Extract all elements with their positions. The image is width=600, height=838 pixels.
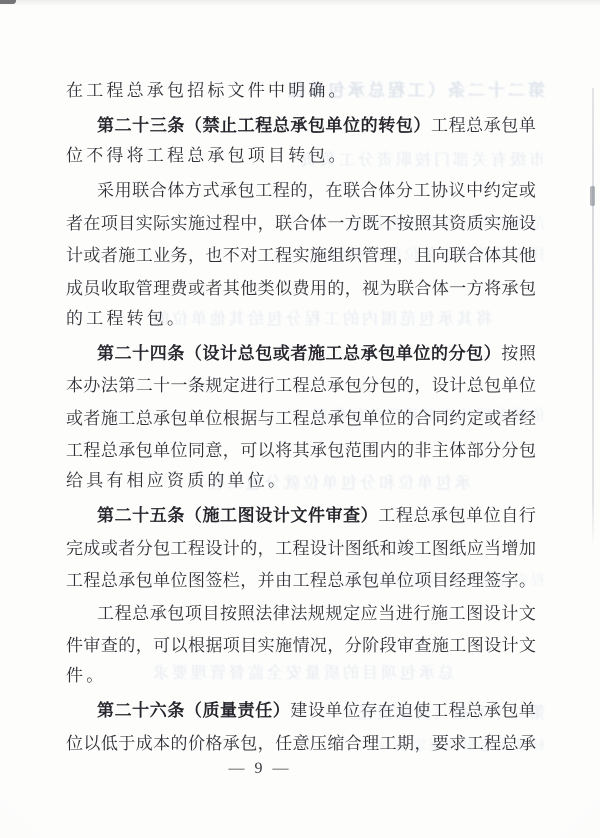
scan-artifact-corner-mark: [0, 0, 16, 4]
text-line: 件。: [66, 660, 536, 693]
text-line: 成员收取管理费或者其他类似费用的，视为联合体一方将承包: [66, 270, 536, 303]
body-text: 在工程总承包招标文件中明确。: [66, 81, 349, 100]
text-line: 位不得将工程总承包项目转包。: [66, 140, 536, 173]
body-text: 件。: [66, 666, 106, 685]
text-line: 工程总承包项目按照法律法规规定应当进行施工图设计文: [66, 595, 536, 628]
text-line: 给具有相应资质的单位。: [66, 465, 536, 498]
text-line: 第二十六条（质量责任）建设单位存在迫使工程总承包单: [66, 693, 536, 726]
text-line: 采用联合体方式承包工程的，在联合体分工协议中约定或: [66, 173, 536, 206]
page-number: — 9 —: [180, 760, 340, 778]
text-line: 位以低于成本的价格承包，任意压缩合理工期，要求工程总承: [66, 725, 536, 758]
body-text: 位不得将工程总承包项目转包。: [66, 146, 349, 165]
scan-artifact-top-shade: [0, 0, 600, 6]
text-line: 第二十四条（设计总包或者施工总承包单位的分包）按照: [66, 335, 536, 368]
text-line: 第二十五条（施工图设计文件审查）工程总承包单位自行: [66, 498, 536, 531]
scan-artifact-edge-nub: [590, 186, 595, 206]
text-line: 在工程总承包招标文件中明确。: [66, 75, 536, 108]
text-line: 工程总承包单位同意，可以将其承包范围内的非主体部分分包: [66, 433, 536, 466]
text-line: 的工程转包。: [66, 303, 536, 336]
text-line: 件审查的，可以根据项目实施情况，分阶段审查施工图设计文: [66, 628, 536, 661]
text-line: 第二十三条（禁止工程总承包单位的转包）工程总承包单: [66, 108, 536, 141]
text-line: 计或者施工业务，也不对工程实施组织管理，且向联合体其他: [66, 238, 536, 271]
text-line: 者在项目实际实施过程中，联合体一方既不按照其资质实施设: [66, 205, 536, 238]
document-page: 第二十二条（工程总承包单位市级有关部门按职责分工负责范围内的工程总承包活动择工程…: [0, 0, 600, 838]
text-line: 工程总承包单位图签栏，并由工程总承包单位项目经理签字。: [66, 563, 536, 596]
scan-artifact-edge-line: [592, 88, 594, 548]
text-line: 本办法第二十一条规定进行工程总承包分包的，设计总包单位: [66, 368, 536, 401]
text-line: 完成或者分包工程设计的，工程设计图纸和竣工图纸应当增加: [66, 530, 536, 563]
document-text-block: 在工程总承包招标文件中明确。第二十三条（禁止工程总承包单位的转包）工程总承包单位…: [66, 75, 536, 758]
text-line: 或者施工总承包单位根据与工程总承包单位的合同约定或者经: [66, 400, 536, 433]
body-text: 的工程转包。: [66, 309, 187, 328]
body-text: 给具有相应资质的单位。: [66, 471, 288, 490]
